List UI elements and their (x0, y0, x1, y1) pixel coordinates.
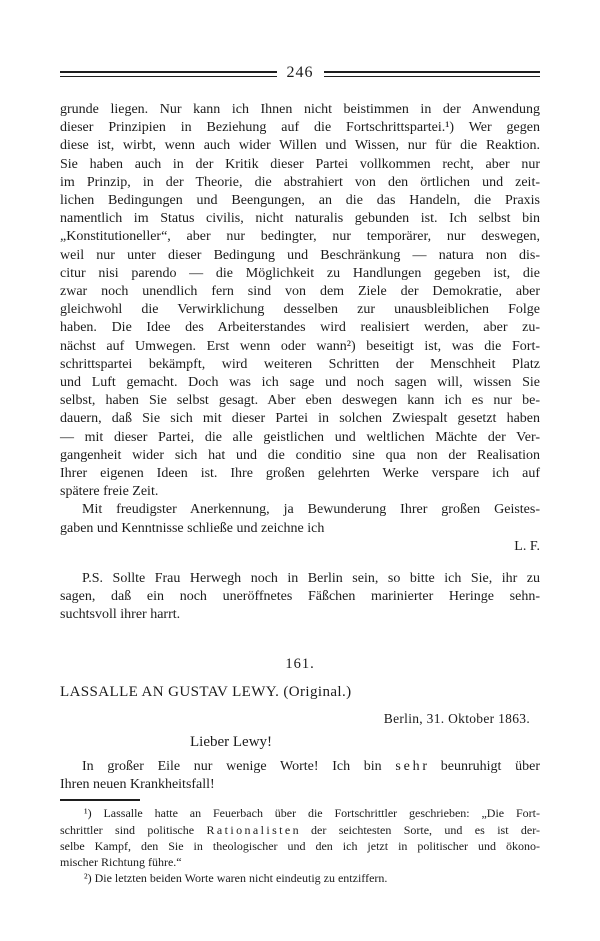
text-line: In großer Eile nur wenige Worte! Ich bin… (60, 758, 540, 776)
header-rule-right (324, 71, 541, 77)
text-line: — mit dieser Partei, die alle geistliche… (60, 429, 540, 447)
section-number: 161. (60, 655, 540, 673)
text-line: dauern, daß Sie sich mit dieser Partei i… (60, 410, 540, 428)
text-line: namentlich im Status civilis, nicht natu… (60, 210, 540, 228)
text-line: L. F. (60, 538, 540, 556)
letter-heading: LASSALLE AN GUSTAV LEWY. (Original.) (60, 684, 540, 701)
text-line: Mit freudigster Anerkennung, ja Bewunder… (60, 501, 540, 519)
text-line: Ihrer eigenen Ideen ist. Ihre großen gel… (60, 465, 540, 483)
text-line: nächst auf Umwegen. Erst wenn oder wann²… (60, 338, 540, 356)
text-line: P.S. Sollte Frau Herwegh noch in Berlin … (60, 570, 540, 588)
header-rule-left (60, 71, 277, 77)
text-line: selbst, haben Sie selbst gesagt. Aber eb… (60, 392, 540, 410)
page-number: 246 (277, 64, 324, 82)
text-line: weil nur unter dieser Bedingung und Besc… (60, 247, 540, 265)
text-line: suchtsvoll ihrer harrt. (60, 606, 540, 624)
text-line: schrittler sind politische R a t i o n a… (60, 822, 540, 838)
text-line: diese ist, wirbt, wenn auch wider Willen… (60, 137, 540, 155)
text-line: ²) Die letzten beiden Worte waren nicht … (60, 870, 540, 886)
letter-opening: In großer Eile nur wenige Worte! Ich bin… (60, 758, 540, 794)
text-line: zwar noch unendlich fern sind von dem Zi… (60, 283, 540, 301)
letter-body: grunde liegen. Nur kann ich Ihnen nicht … (60, 101, 540, 625)
book-page: 246 grunde liegen. Nur kann ich Ihnen ni… (0, 0, 600, 941)
text-line: „Konstitutioneller“, aber nur bedingter,… (60, 228, 540, 246)
page-header: 246 (60, 64, 540, 82)
text-line: ¹) Lassalle hatte an Feuerbach über die … (60, 805, 540, 821)
text-line: Ihren neuen Krankheitsfall! (60, 776, 540, 794)
text-line: dieser Prinzipien in Beziehung auf die F… (60, 119, 540, 137)
text-line: schrittspartei bekämpft, wird weiteren S… (60, 356, 540, 374)
text-line: grunde liegen. Nur kann ich Ihnen nicht … (60, 101, 540, 119)
salutation: Lieber Lewy! (190, 734, 540, 751)
text-line: gaben und Kenntnisse schließe und zeichn… (60, 520, 540, 538)
text-line: Sie haben auch in der Kritik dieser Part… (60, 156, 540, 174)
text-line: citur nisi parendo — die Möglichkeit zu … (60, 265, 540, 283)
footnotes: ¹) Lassalle hatte an Feuerbach über die … (60, 805, 540, 886)
text-line: haben. Die Idee des Arbeiterstandes wird… (60, 319, 540, 337)
dateline: Berlin, 31. Oktober 1863. (60, 711, 540, 727)
text-line: im Prinzip, in der Theorie, die abstrahi… (60, 174, 540, 192)
text-line: gleichwohl die Verwirklichung desselben … (60, 301, 540, 319)
text-line: gangenheit wider sich hat und die condit… (60, 447, 540, 465)
text-line: mischer Richtung führe.“ (60, 854, 540, 870)
text-line: und Luft gemacht. Doch was ich sage und … (60, 374, 540, 392)
text-line: sagen, daß ein noch uneröffnetes Fäßchen… (60, 588, 540, 606)
footnote-separator (60, 799, 140, 801)
text-line: selbe Kampf, den Sie in theologischer un… (60, 838, 540, 854)
text-line: spätere freie Zeit. (60, 483, 540, 501)
text-line: lichen Bedingungen und Beengungen, an di… (60, 192, 540, 210)
